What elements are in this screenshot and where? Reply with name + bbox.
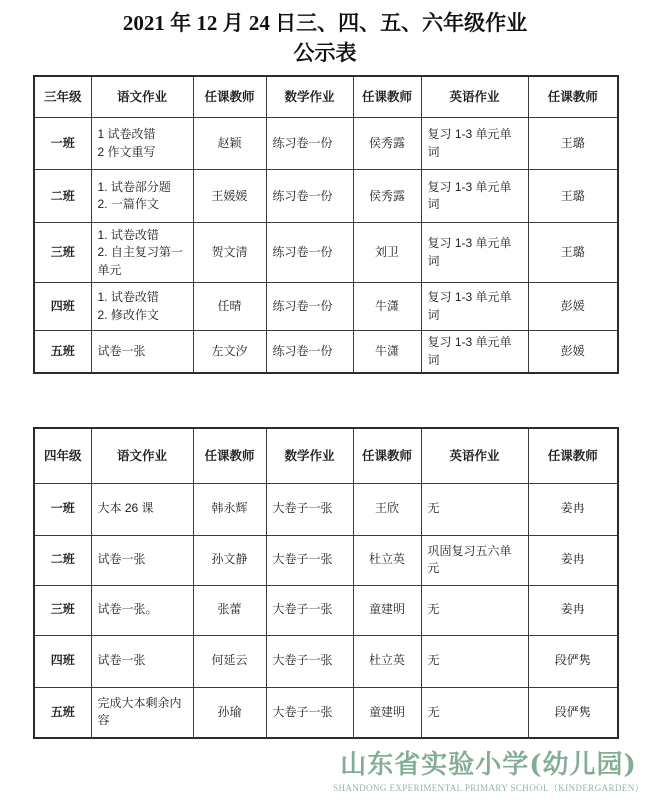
english-teacher-cell: 彭媛 <box>528 331 618 373</box>
math-teacher-cell: 童建明 <box>353 585 421 635</box>
chinese-teacher-cell: 任晴 <box>193 283 266 331</box>
chinese-teacher-cell: 孙瑜 <box>193 687 266 738</box>
english-teacher-cell: 姜冉 <box>528 483 618 535</box>
english-teacher-cell: 王璐 <box>528 118 618 170</box>
col-header-math-homework: 数学作业 <box>266 428 353 483</box>
col-header-teacher: 任课教师 <box>353 428 421 483</box>
grade4-homework-table: 四年级 语文作业 任课教师 数学作业 任课教师 英语作业 任课教师 一班 大本 … <box>33 427 619 739</box>
school-logo: 山东省实验小学(幼儿园) SHANDONG EXPERIMENTAL PRIMA… <box>333 751 644 794</box>
grade3-homework-table: 三年级 语文作业 任课教师 数学作业 任课教师 英语作业 任课教师 一班 1 试… <box>33 75 619 374</box>
table-row: 二班 试卷一张 孙文静 大卷子一张 杜立英 巩固复习五六单元 姜冉 <box>34 535 618 585</box>
chinese-homework-cell: 试卷一张 <box>91 331 193 373</box>
class-label: 四班 <box>34 635 91 687</box>
english-homework-cell: 复习 1-3 单元单词 <box>421 223 528 283</box>
math-homework-cell: 练习卷一份 <box>266 118 353 170</box>
col-header-teacher: 任课教师 <box>193 428 266 483</box>
math-homework-cell: 大卷子一张 <box>266 635 353 687</box>
col-header-teacher: 任课教师 <box>528 428 618 483</box>
chinese-homework-cell: 试卷一张 <box>91 535 193 585</box>
english-teacher-cell: 王璐 <box>528 223 618 283</box>
col-header-teacher: 任课教师 <box>528 76 618 118</box>
chinese-homework-cell: 1 试卷改错 2 作文重写 <box>91 118 193 170</box>
table-row: 三班 1. 试卷改错 2. 自主复习第一单元 贺文清 练习卷一份 刘卫 复习 1… <box>34 223 618 283</box>
english-teacher-cell: 姜冉 <box>528 535 618 585</box>
table-row: 一班 1 试卷改错 2 作文重写 赵颖 练习卷一份 侯秀露 复习 1-3 单元单… <box>34 118 618 170</box>
math-homework-cell: 大卷子一张 <box>266 585 353 635</box>
table-row: 四班 1. 试卷改错 2. 修改作文 任晴 练习卷一份 牛潇 复习 1-3 单元… <box>34 283 618 331</box>
page-title: 2021 年 12 月 24 日三、四、五、六年级作业 公示表 <box>0 0 650 69</box>
col-header-english-homework: 英语作业 <box>421 428 528 483</box>
table-row: 五班 试卷一张 左文汐 练习卷一份 牛潇 复习 1-3 单元单词 彭媛 <box>34 331 618 373</box>
math-teacher-cell: 杜立英 <box>353 535 421 585</box>
chinese-homework-cell: 大本 26 课 <box>91 483 193 535</box>
math-homework-cell: 练习卷一份 <box>266 170 353 223</box>
math-teacher-cell: 牛潇 <box>353 331 421 373</box>
english-homework-cell: 无 <box>421 635 528 687</box>
chinese-teacher-cell: 王媛媛 <box>193 170 266 223</box>
english-teacher-cell: 彭媛 <box>528 283 618 331</box>
table-row: 一班 大本 26 课 韩永辉 大卷子一张 王欣 无 姜冉 <box>34 483 618 535</box>
page-title-line1: 2021 年 12 月 24 日三、四、五、六年级作业 <box>123 11 527 35</box>
math-teacher-cell: 杜立英 <box>353 635 421 687</box>
math-teacher-cell: 侯秀露 <box>353 170 421 223</box>
math-teacher-cell: 刘卫 <box>353 223 421 283</box>
table-header-row: 四年级 语文作业 任课教师 数学作业 任课教师 英语作业 任课教师 <box>34 428 618 483</box>
chinese-homework-cell: 1. 试卷改错 2. 自主复习第一单元 <box>91 223 193 283</box>
chinese-teacher-cell: 左文汐 <box>193 331 266 373</box>
chinese-teacher-cell: 韩永辉 <box>193 483 266 535</box>
chinese-homework-cell: 完成大本剩余内容 <box>91 687 193 738</box>
math-homework-cell: 练习卷一份 <box>266 283 353 331</box>
english-teacher-cell: 姜冉 <box>528 585 618 635</box>
math-teacher-cell: 侯秀露 <box>353 118 421 170</box>
table-row: 三班 试卷一张。 张蕾 大卷子一张 童建明 无 姜冉 <box>34 585 618 635</box>
math-homework-cell: 练习卷一份 <box>266 331 353 373</box>
chinese-homework-cell: 1. 试卷部分题 2. 一篇作文 <box>91 170 193 223</box>
class-label: 四班 <box>34 283 91 331</box>
class-label: 五班 <box>34 331 91 373</box>
chinese-teacher-cell: 贺文清 <box>193 223 266 283</box>
english-teacher-cell: 王璐 <box>528 170 618 223</box>
table-header-row: 三年级 语文作业 任课教师 数学作业 任课教师 英语作业 任课教师 <box>34 76 618 118</box>
class-label: 五班 <box>34 687 91 738</box>
chinese-teacher-cell: 孙文静 <box>193 535 266 585</box>
document-page: 2021 年 12 月 24 日三、四、五、六年级作业 公示表 三年级 语文作业… <box>0 0 650 800</box>
grade-label: 四年级 <box>34 428 91 483</box>
chinese-teacher-cell: 何延云 <box>193 635 266 687</box>
page-title-line2: 公示表 <box>294 41 357 65</box>
english-homework-cell: 无 <box>421 483 528 535</box>
english-homework-cell: 复习 1-3 单元单词 <box>421 283 528 331</box>
table-row: 四班 试卷一张 何延云 大卷子一张 杜立英 无 段俨隽 <box>34 635 618 687</box>
math-teacher-cell: 王欣 <box>353 483 421 535</box>
chinese-teacher-cell: 赵颖 <box>193 118 266 170</box>
english-homework-cell: 复习 1-3 单元单词 <box>421 118 528 170</box>
class-label: 一班 <box>34 483 91 535</box>
english-homework-cell: 复习 1-3 单元单词 <box>421 331 528 373</box>
col-header-teacher: 任课教师 <box>193 76 266 118</box>
grade-label: 三年级 <box>34 76 91 118</box>
col-header-teacher: 任课教师 <box>353 76 421 118</box>
chinese-homework-cell: 试卷一张。 <box>91 585 193 635</box>
table-row: 二班 1. 试卷部分题 2. 一篇作文 王媛媛 练习卷一份 侯秀露 复习 1-3… <box>34 170 618 223</box>
english-teacher-cell: 段俨隽 <box>528 635 618 687</box>
math-homework-cell: 大卷子一张 <box>266 687 353 738</box>
chinese-teacher-cell: 张蕾 <box>193 585 266 635</box>
col-header-math-homework: 数学作业 <box>266 76 353 118</box>
class-label: 二班 <box>34 535 91 585</box>
math-homework-cell: 大卷子一张 <box>266 483 353 535</box>
math-teacher-cell: 牛潇 <box>353 283 421 331</box>
chinese-homework-cell: 1. 试卷改错 2. 修改作文 <box>91 283 193 331</box>
col-header-chinese-homework: 语文作业 <box>91 428 193 483</box>
school-name-chinese: 山东省实验小学(幼儿园) <box>333 751 644 780</box>
english-homework-cell: 复习 1-3 单元单词 <box>421 170 528 223</box>
class-label: 三班 <box>34 585 91 635</box>
col-header-english-homework: 英语作业 <box>421 76 528 118</box>
english-homework-cell: 无 <box>421 585 528 635</box>
english-homework-cell: 无 <box>421 687 528 738</box>
math-homework-cell: 练习卷一份 <box>266 223 353 283</box>
class-label: 二班 <box>34 170 91 223</box>
class-label: 一班 <box>34 118 91 170</box>
math-homework-cell: 大卷子一张 <box>266 535 353 585</box>
english-homework-cell: 巩固复习五六单元 <box>421 535 528 585</box>
math-teacher-cell: 童建明 <box>353 687 421 738</box>
english-teacher-cell: 段俨隽 <box>528 687 618 738</box>
school-name-english: SHANDONG EXPERIMENTAL PRIMARY SCHOOL（KIN… <box>333 781 644 794</box>
class-label: 三班 <box>34 223 91 283</box>
col-header-chinese-homework: 语文作业 <box>91 76 193 118</box>
chinese-homework-cell: 试卷一张 <box>91 635 193 687</box>
table-row: 五班 完成大本剩余内容 孙瑜 大卷子一张 童建明 无 段俨隽 <box>34 687 618 738</box>
